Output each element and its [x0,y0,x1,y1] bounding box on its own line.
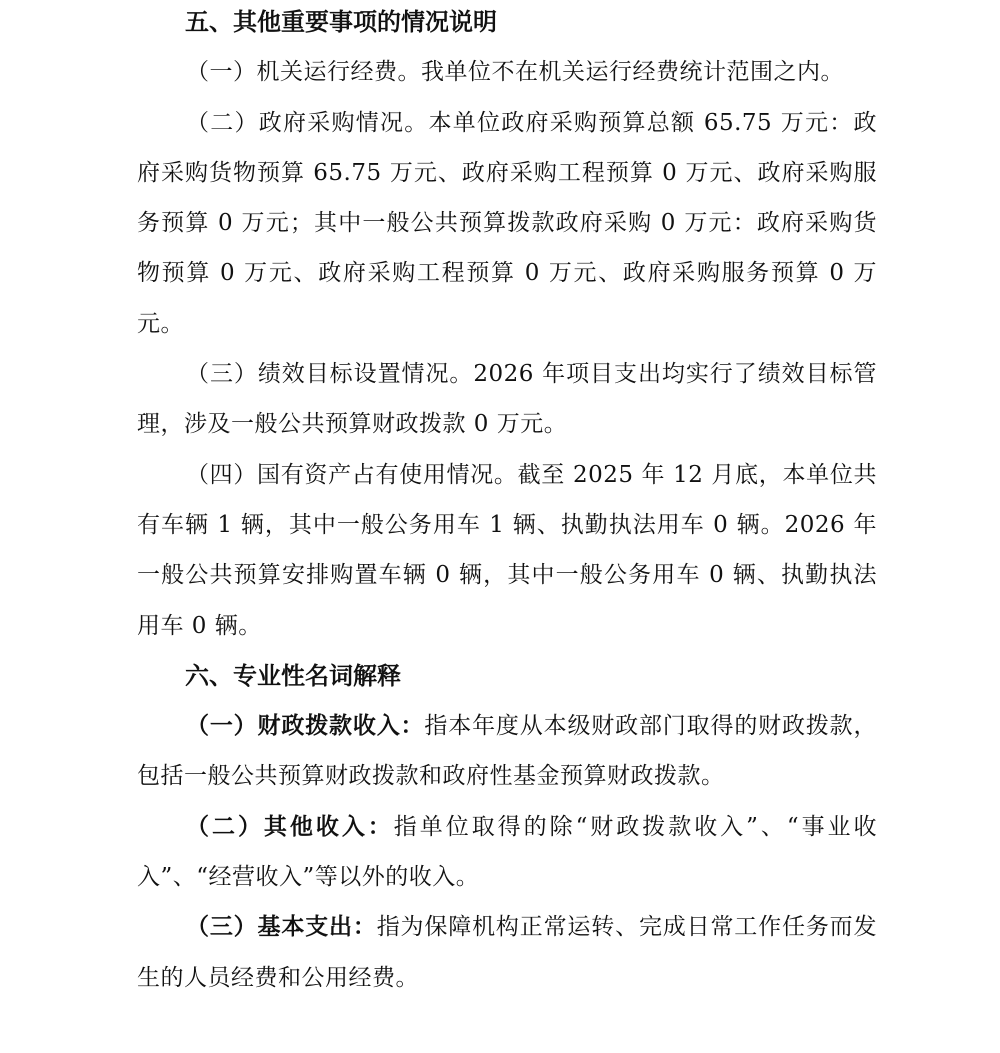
paragraph-lead: （一）机关运行经费。 [186,59,421,85]
paragraph-fiscal-appropriation-income: （一）财政拨款收入：指本年度从本级财政部门取得的财政拨款，包括一般公共预算财政拨… [137,701,877,802]
paragraph-operating-expenses: （一）机关运行经费。我单位不在机关运行经费统计范围之内。 [137,47,877,97]
paragraph-lead: （四）国有资产占有使用情况。 [186,462,518,488]
section-heading-other-matters: 五、其他重要事项的情况说明 [137,0,877,47]
paragraph-state-assets: （四）国有资产占有使用情况。截至 2025 年 12 月底，本单位共有车辆 1 … [137,450,877,651]
paragraph-basic-expenditure: （三）基本支出：指为保障机构正常运转、完成日常工作任务而发生的人员经费和公用经费… [137,902,877,1003]
paragraph-body: 截至 2025 年 12 月底，本单位共有车辆 1 辆，其中一般公务用车 1 辆… [137,462,877,639]
paragraph-lead: （三）绩效目标设置情况。 [186,361,473,387]
paragraph-body: 我单位不在机关运行经费统计范围之内。 [421,59,844,85]
paragraph-lead: （二）其他收入： [186,813,394,840]
paragraph-lead: （一）财政拨款收入： [186,712,424,739]
document-page: 五、其他重要事项的情况说明 （一）机关运行经费。我单位不在机关运行经费统计范围之… [137,0,877,1003]
paragraph-lead: （二）政府采购情况。 [186,110,429,136]
paragraph-other-income: （二）其他收入：指单位取得的除“财政拨款收入”、“事业收入”、“经营收入”等以外… [137,802,877,903]
paragraph-lead: （三）基本支出： [186,913,377,940]
paragraph-performance-targets: （三）绩效目标设置情况。2026 年项目支出均实行了绩效目标管理，涉及一般公共预… [137,349,877,450]
paragraph-body: 本单位政府采购预算总额 65.75 万元：政府采购货物预算 65.75 万元、政… [137,110,877,337]
section-heading-terminology: 六、专业性名词解释 [137,651,877,701]
paragraph-government-procurement: （二）政府采购情况。本单位政府采购预算总额 65.75 万元：政府采购货物预算 … [137,98,877,349]
